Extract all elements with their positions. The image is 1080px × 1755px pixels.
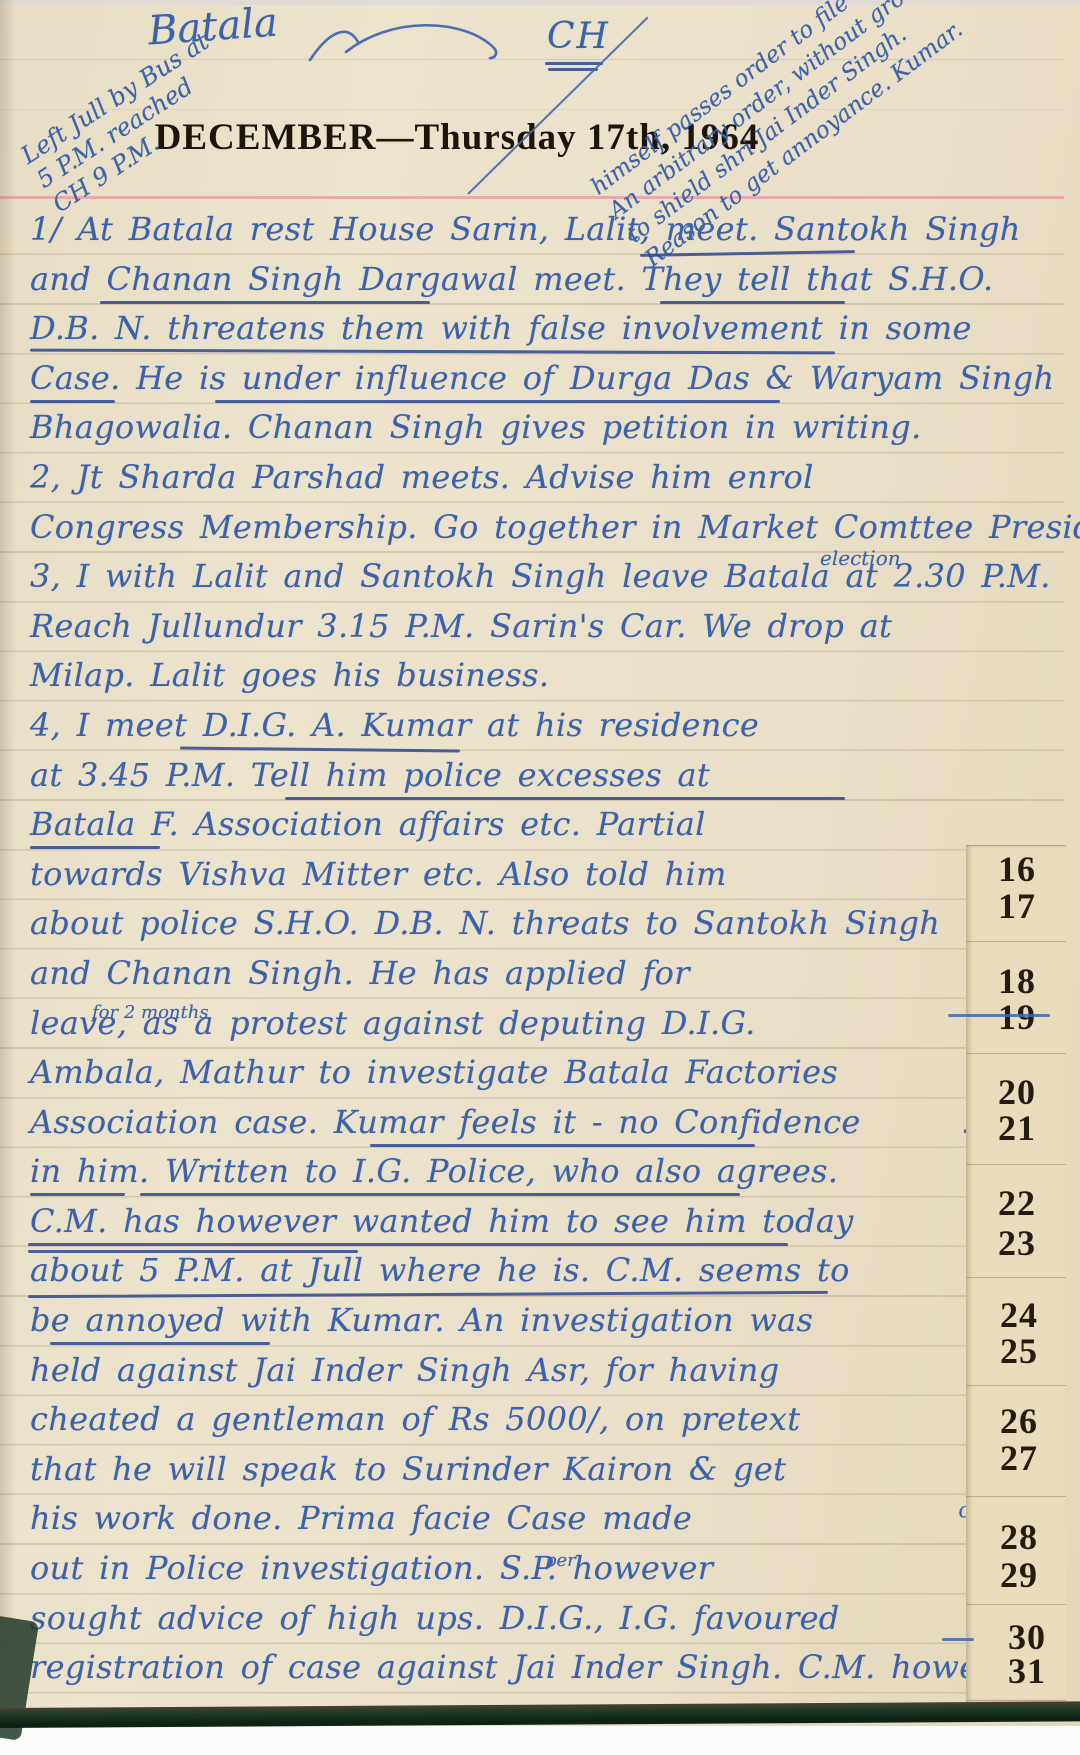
header-rule xyxy=(0,196,1064,199)
date-tab-21: 21 xyxy=(998,1107,1036,1149)
ink-underline xyxy=(140,1193,740,1196)
ink-underline xyxy=(215,400,780,403)
diary-page-scan: DECEMBER—Thursday 17th, 1964 Batala CH L… xyxy=(0,0,1080,1755)
ink-underline xyxy=(545,62,603,65)
journal-line: his work done. Prima facie Case made xyxy=(30,1494,1040,1544)
journal-line: Bhagowalia. Chanan Singh gives petition … xyxy=(30,403,1040,453)
tab-separator xyxy=(966,1053,1066,1054)
tab-separator xyxy=(966,941,1066,942)
date-tab-27: 27 xyxy=(1000,1437,1038,1479)
journal-line: 4, I meet D.I.G. A. Kumar at his residen… xyxy=(30,701,1040,751)
interlinear-note: per xyxy=(545,1550,576,1571)
ink-underline xyxy=(28,1250,358,1253)
date-tab-22: 22 xyxy=(998,1182,1036,1224)
tab-separator xyxy=(966,1164,1066,1165)
journal-line: cheated a gentleman of Rs 5000/, on pret… xyxy=(30,1395,1040,1445)
ink-underline xyxy=(100,301,430,304)
journal-line: about police S.H.O. D.B. N. threats to S… xyxy=(30,899,1040,949)
ink-underline xyxy=(30,400,115,403)
date-tab-25: 25 xyxy=(1000,1330,1038,1372)
journal-line: Ambala, Mathur to investigate Batala Fac… xyxy=(30,1048,1040,1098)
journal-line: Milap. Lalit goes his business. xyxy=(30,651,1040,701)
date-tab-23: 23 xyxy=(998,1222,1036,1264)
ink-dash xyxy=(942,1638,974,1641)
interlinear-note: election xyxy=(820,546,901,570)
journal-line: Case. He is under influence of Durga Das… xyxy=(30,354,1040,404)
ink-underline xyxy=(28,1243,788,1246)
tab-separator xyxy=(966,1385,1066,1386)
date-tab-26: 26 xyxy=(1000,1400,1038,1442)
journal-line: and Chanan Singh. He has applied for xyxy=(30,949,1040,999)
ink-strike-19 xyxy=(948,1014,1050,1017)
interlinear-note: for 2 months xyxy=(92,1002,209,1023)
journal-line: 1/ At Batala rest House Sarin, Lalit, me… xyxy=(30,205,1040,255)
date-tab-29: 29 xyxy=(1000,1554,1038,1596)
scan-background xyxy=(0,1726,1080,1755)
binding-shadow xyxy=(0,0,16,1730)
date-tab-16: 16 xyxy=(998,848,1036,890)
journal-line: Congress Membership. Go together in Mark… xyxy=(30,503,1040,553)
ink-underline xyxy=(548,68,598,71)
journal-line: be annoyed with Kumar. An investigation … xyxy=(30,1296,1040,1346)
journal-line: in him. Written to I.G. Police, who also… xyxy=(30,1147,1040,1197)
journal-line: sought advice of high ups. D.I.G., I.G. … xyxy=(30,1594,1040,1644)
date-tab-31: 31 xyxy=(1008,1650,1046,1692)
tab-separator xyxy=(966,1604,1066,1605)
journal-line: D.B. N. threatens them with false involv… xyxy=(30,304,1040,354)
tab-separator xyxy=(966,1496,1066,1497)
ink-underline xyxy=(660,301,845,304)
date-tab-19: 19 xyxy=(998,996,1036,1038)
ink-underline xyxy=(50,1342,270,1345)
ink-underline xyxy=(370,1144,755,1147)
tab-separator xyxy=(966,845,1066,846)
ink-underline xyxy=(30,1193,125,1196)
journal-line: and Chanan Singh Dargawal meet. They tel… xyxy=(30,255,1040,305)
date-tab-28: 28 xyxy=(1000,1516,1038,1558)
journal-line: Association case. Kumar feels it - no Co… xyxy=(30,1098,1040,1148)
journal-line: Batala F. Association affairs etc. Parti… xyxy=(30,800,1040,850)
journal-entries: 1/ At Batala rest House Sarin, Lalit, me… xyxy=(30,205,1040,1693)
journal-line: that he will speak to Surinder Kairon & … xyxy=(30,1445,1040,1495)
journal-line: C.M. has however wanted him to see him t… xyxy=(30,1197,1040,1247)
ink-underline xyxy=(285,797,845,800)
journal-line: Reach Jullundur 3.15 P.M. Sarin's Car. W… xyxy=(30,602,1040,652)
journal-line: towards Vishva Mitter etc. Also told him xyxy=(30,850,1040,900)
annotation-ch: CH xyxy=(547,16,610,57)
date-tab-17: 17 xyxy=(998,885,1036,927)
tab-separator xyxy=(966,1277,1066,1278)
annotation-place: Batala xyxy=(147,0,280,54)
arrow-stroke xyxy=(296,8,506,80)
ink-underline xyxy=(30,846,160,849)
journal-line: 2, Jt Sharda Parshad meets. Advise him e… xyxy=(30,453,1040,503)
journal-line: out in Police investigation. S.P. howeve… xyxy=(30,1544,1040,1594)
journal-line: registration of case against Jai Inder S… xyxy=(30,1643,1040,1693)
journal-line: at 3.45 P.M. Tell him police excesses at xyxy=(30,751,1040,801)
journal-line: about 5 P.M. at Jull where he is. C.M. s… xyxy=(30,1246,1040,1296)
journal-line: held against Jai Inder Singh Asr, for ha… xyxy=(30,1346,1040,1396)
